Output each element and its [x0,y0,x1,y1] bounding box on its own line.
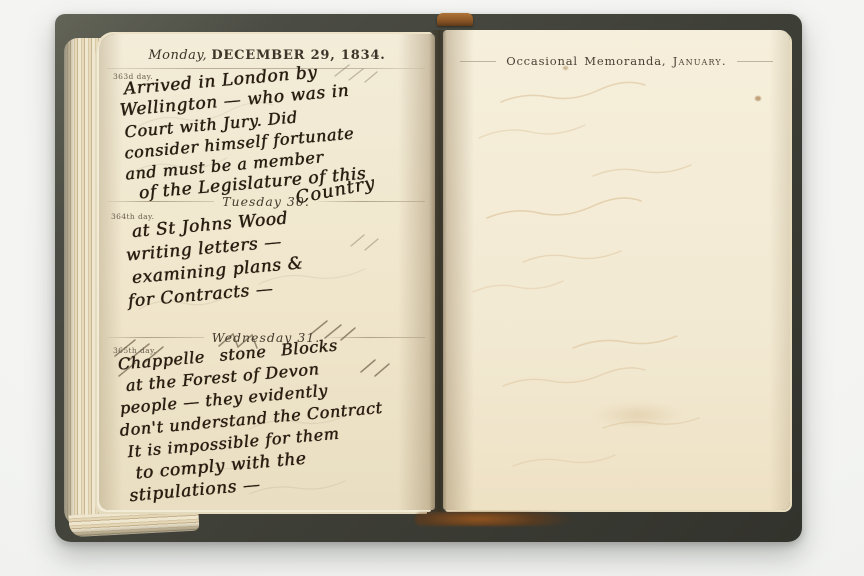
ink-bleedthrough-right [443,30,790,510]
memo-rule-right [737,61,773,62]
diary-book: Monday, DECEMBER 29, 1834. 363d day. Arr… [55,14,802,542]
header-date: DECEMBER 29, 1834. [211,48,385,63]
memoranda-header: Occasional Memoranda, January. [443,54,790,68]
header-day-word: Monday, [148,48,207,63]
right-page: Occasional Memoranda, January. [443,30,790,510]
left-page: Monday, DECEMBER 29, 1834. 363d day. Arr… [99,34,435,510]
divider-rule [318,201,425,202]
photo-backdrop: Monday, DECEMBER 29, 1834. 363d day. Arr… [0,0,864,576]
binding-wear-spot [415,512,575,526]
divider-rule [107,337,204,338]
section-divider-tuesday: Tuesday 30. [107,194,425,209]
memo-rule-left [460,61,496,62]
stain-spot [755,96,761,101]
memo-title-text: Occasional Memoranda, [506,54,666,68]
stain-spot [563,66,568,70]
page-edges-left [64,38,101,526]
memo-title: Occasional Memoranda, January. [506,54,727,68]
handwriting-block-tuesday: at St Johns Wood writing letters — exami… [121,207,306,314]
divider-rule [107,201,214,202]
stain-spot [593,402,683,428]
memo-month: January. [673,54,727,68]
page-header: Monday, DECEMBER 29, 1834. [99,48,435,63]
spine-headband [437,13,473,26]
handwriting-block-wednesday: Chappelle stone Blocks at the Forest of … [115,331,389,507]
